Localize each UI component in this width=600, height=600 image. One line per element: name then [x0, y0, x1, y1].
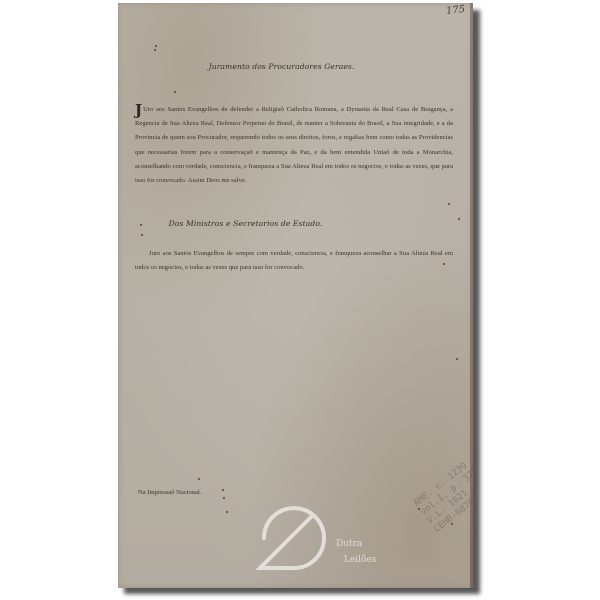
foxing-spot	[226, 511, 228, 513]
foxing-spot	[448, 203, 450, 205]
page-number: 175	[445, 4, 465, 17]
foxing-spot	[458, 218, 460, 220]
foxing-spot	[174, 91, 176, 93]
heading-ministros: Dos Ministros e Secretarios de Estado.	[118, 219, 423, 228]
watermark-line-1: Dutra	[336, 539, 362, 549]
paragraph-oath-procuradores: J Uro aos Santos Evangelhos de defender …	[135, 103, 453, 188]
paragraph-text: Juro aos Santos Evangelhos de sempre com…	[135, 250, 453, 271]
foxing-spot	[222, 489, 224, 491]
foxing-spot	[154, 49, 156, 51]
foxing-spot	[443, 263, 445, 265]
imprint-line: Na Impressaõ Nacional.	[138, 489, 202, 496]
drop-cap: J	[135, 103, 142, 117]
handwritten-catalog-note: AME. c. 1239 vol.I, p. 378 V.L. 1021 CEH…	[412, 458, 473, 536]
paragraph-text: Uro aos Santos Evangelhos de defender a …	[135, 106, 453, 184]
document-viewer: 175 Juramento dos Procuradores Geraes. J…	[0, 0, 600, 600]
watermark-line-2: Leilões	[344, 555, 376, 565]
foxing-spot	[456, 358, 458, 360]
foxing-spot	[140, 224, 142, 226]
foxing-spot	[198, 478, 200, 480]
foxing-spot	[223, 497, 225, 499]
paragraph-oath-ministros: Juro aos Santos Evangelhos de sempre com…	[135, 247, 453, 275]
heading-procuradores: Juramento dos Procuradores Geraes.	[118, 62, 459, 71]
foxing-spot	[155, 45, 157, 47]
foxing-spot	[141, 234, 143, 236]
dutra-logo-icon	[252, 496, 352, 576]
